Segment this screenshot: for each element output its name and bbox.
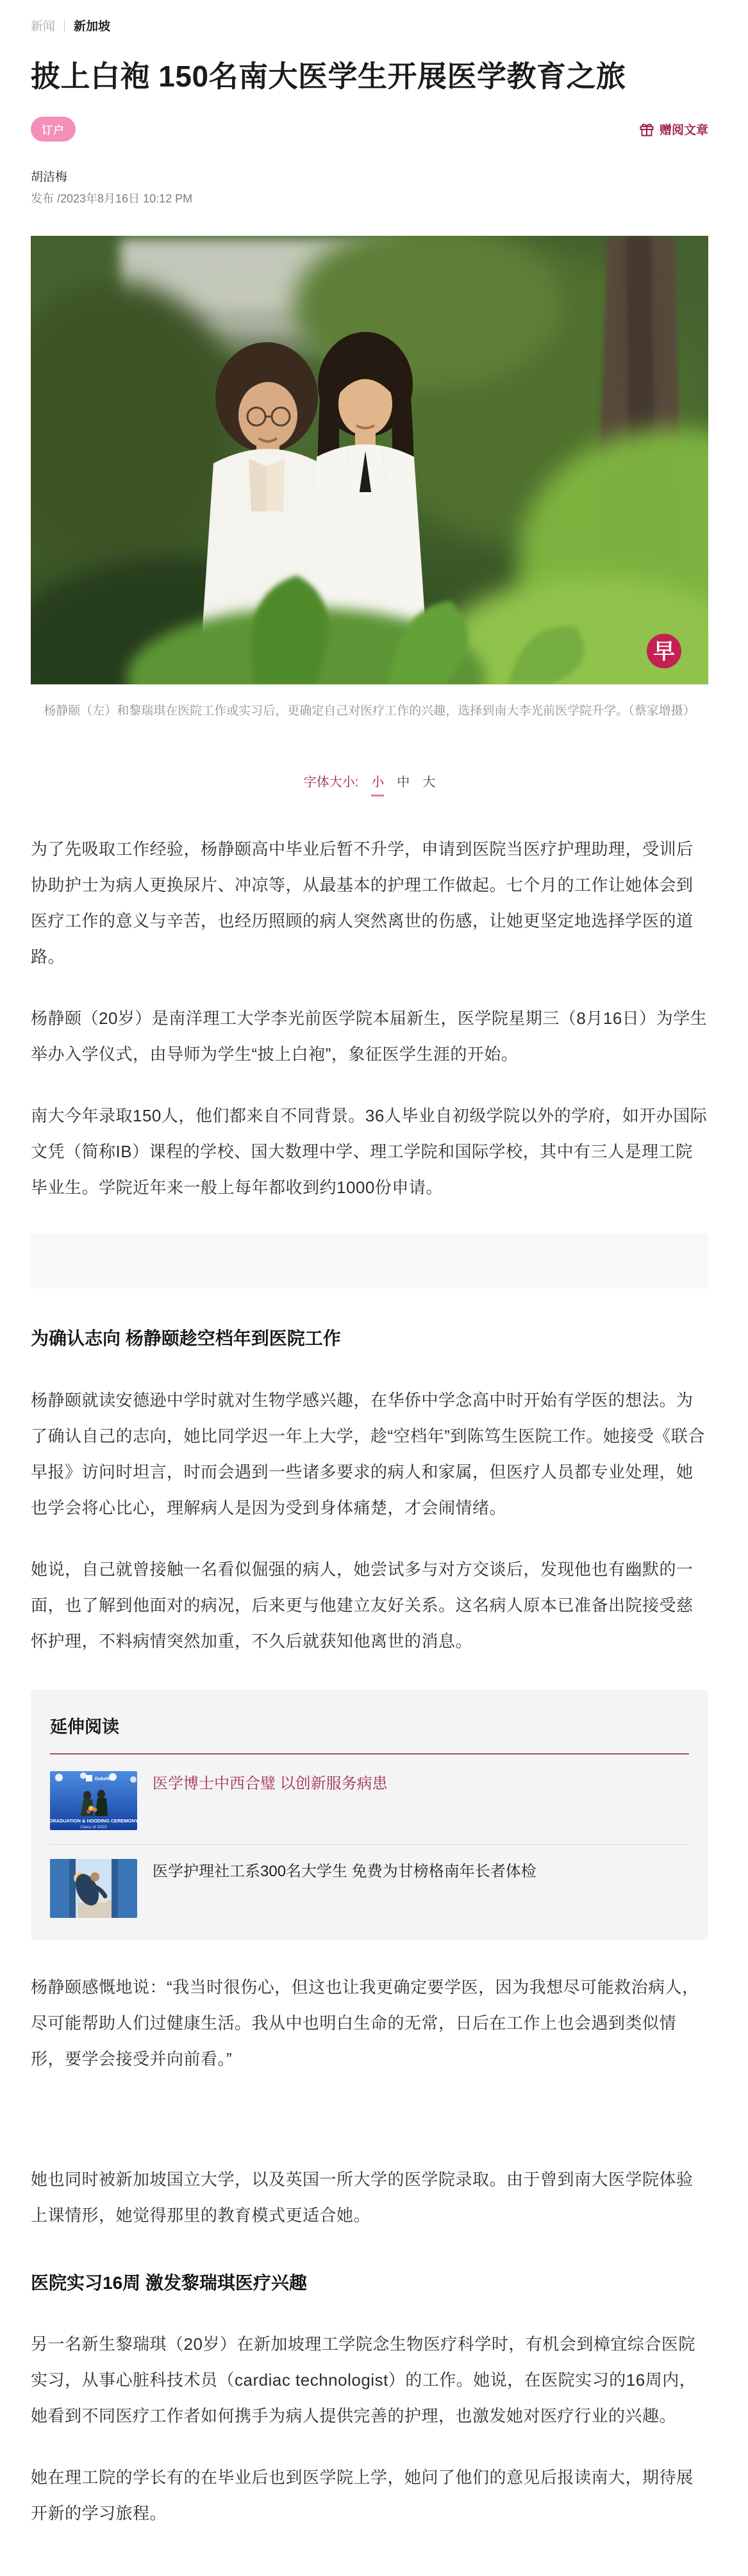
article-paragraph: 杨静颐感慨地说：“我当时很伤心，但这也让我更确定要学医，因为我想尽可能救治病人，…: [31, 1969, 708, 2077]
breadcrumb-separator: [64, 19, 65, 32]
article-title: 披上白袍 150名南大医学生开展医学教育之旅: [31, 56, 708, 97]
related-article-thumbnail[interactable]: DukeNUS GRADUATION & HOODING CEREMONY Cl…: [50, 1771, 137, 1830]
article-paragraph: 她说，自己就曾接触一名看似倔强的病人，她尝试多与对方交谈后，发现他也有幽默的一面…: [31, 1551, 708, 1659]
svg-text:Class of 2023: Class of 2023: [80, 1825, 107, 1829]
breadcrumb-section-news[interactable]: 新闻: [31, 17, 55, 34]
related-article-link[interactable]: 医学护理社工系300名大学生 免费为甘榜格南年长者体检: [50, 1859, 689, 1918]
related-reading-box: 延伸阅读 DukeNUS: [31, 1690, 708, 1940]
svg-text:早: 早: [653, 640, 675, 664]
related-reading-heading: 延伸阅读: [50, 1713, 689, 1738]
ad-slot-empty: [31, 2102, 708, 2161]
gift-icon: [639, 122, 654, 137]
subheading-2: 医院实习16周 激发黎瑞琪医疗兴趣: [31, 2270, 708, 2295]
font-size-small[interactable]: 小: [371, 772, 384, 797]
related-divider: [50, 1844, 689, 1845]
font-size-control: 字体大小: 小 中 大: [31, 772, 708, 797]
article-page: 新闻 新加坡 披上白袍 150名南大医学生开展医学教育之旅 订户 赠阅文章 胡洁…: [0, 0, 748, 2576]
publish-date: 发布 /2023年8月16日 10:12 PM: [31, 190, 708, 206]
article-paragraph: 另一名新生黎瑞琪（20岁）在新加坡理工学院念生物医疗科学时，有机会到樟宜综合医院…: [31, 2326, 708, 2434]
related-rule: [50, 1753, 689, 1754]
photo-caption: 杨静颐（左）和黎瑞琪在医院工作或实习后，更确定自己对医疗工作的兴趣，选择到南大李…: [31, 701, 708, 722]
related-article-title[interactable]: 医学护理社工系300名大学生 免费为甘榜格南年长者体检: [153, 1859, 536, 1883]
svg-text:GRADUATION & HOODING CEREMONY: GRADUATION & HOODING CEREMONY: [50, 1818, 137, 1824]
subheading-1: 为确认志向 杨静颐趁空档年到医院工作: [31, 1326, 708, 1351]
article-paragraph: 为了先吸取工作经验，杨静颐高中毕业后暂不升学，申请到医院当医疗护理助理，受训后协…: [31, 831, 708, 975]
zaobao-watermark: 早: [647, 634, 681, 668]
meta-row: 订户 赠阅文章: [31, 117, 708, 142]
subscriber-badge: 订户: [31, 117, 76, 142]
article-paragraph: 杨静颐（20岁）是南洋理工大学李光前医学院本届新生，医学院星期三（8月16日）为…: [31, 1000, 708, 1072]
related-article-thumbnail[interactable]: [50, 1859, 137, 1918]
ad-placeholder: [31, 1234, 708, 1289]
related-article-link[interactable]: DukeNUS GRADUATION & HOODING CEREMONY Cl…: [50, 1771, 689, 1830]
hero-photo: 早: [31, 236, 708, 684]
breadcrumb-subsection-singapore[interactable]: 新加坡: [74, 17, 110, 34]
hero-photo-illustration: 早: [31, 236, 708, 684]
font-size-label: 字体大小:: [304, 772, 359, 790]
gift-article-label: 赠阅文章: [660, 120, 708, 138]
article-paragraph: 杨静颐就读安德逊中学时就对生物学感兴趣，在华侨中学念高中时开始有学医的想法。为了…: [31, 1382, 708, 1526]
author-name[interactable]: 胡洁梅: [31, 167, 708, 185]
gift-article-link[interactable]: 赠阅文章: [639, 120, 708, 138]
related-article-title[interactable]: 医学博士中西合璧 以创新服务病患: [153, 1771, 388, 1796]
breadcrumb: 新闻 新加坡: [31, 17, 708, 34]
article-paragraph: 南大今年录取150人，他们都来自不同背景。36人毕业自初级学院以外的学府，如开办…: [31, 1098, 708, 1205]
article-paragraph: 她也同时被新加坡国立大学，以及英国一所大学的医学院录取。由于曾到南大医学院体验上…: [31, 2161, 708, 2233]
article-body: 为了先吸取工作经验，杨静颐高中毕业后暂不升学，申请到医院当医疗护理助理，受训后协…: [31, 831, 708, 2531]
article-paragraph: 她在理工院的学长有的在毕业后也到医学院上学，她问了他们的意见后报读南大，期待展开…: [31, 2459, 708, 2531]
font-size-large[interactable]: 大: [422, 772, 435, 790]
hero-figure: 早 杨静颐（左）和黎瑞琪在医院工作或实习后，更确定自己对医疗工作的兴趣，选择到南…: [31, 236, 708, 722]
svg-text:DukeNUS: DukeNUS: [95, 1777, 115, 1781]
font-size-medium[interactable]: 中: [397, 772, 410, 790]
